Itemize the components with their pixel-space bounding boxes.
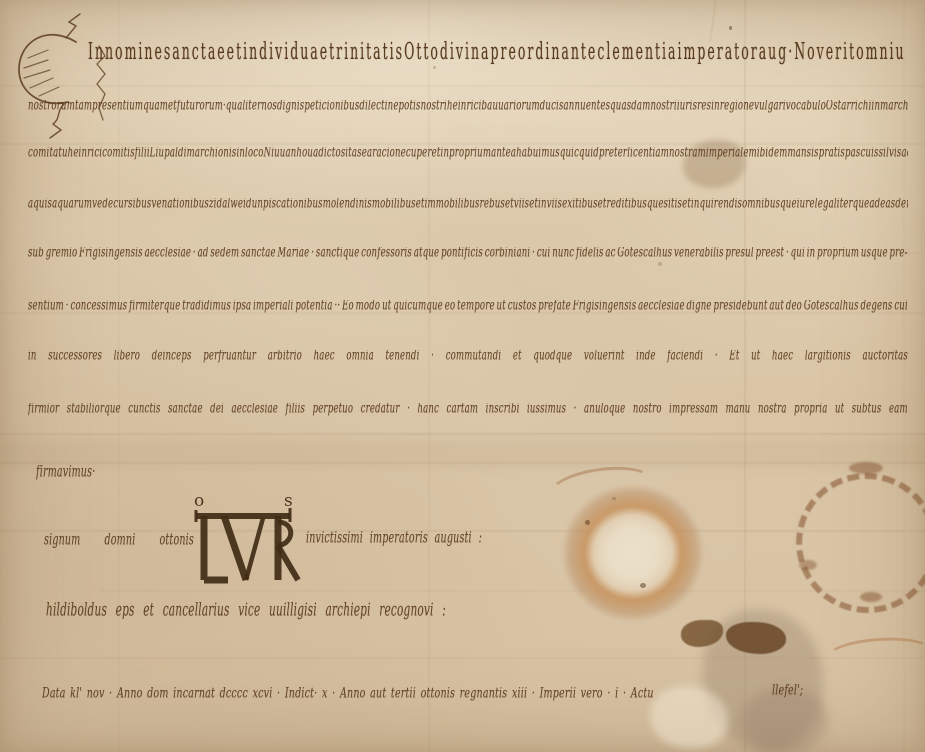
word: confessoris — [361, 247, 412, 271]
word: nostra — [758, 403, 787, 427]
word: et — [529, 198, 538, 222]
word: comitatu — [28, 147, 68, 171]
dateline-part1: Datakl'nov·Annodomincarnatdccccxcvi·Indi… — [42, 687, 654, 708]
word: et — [143, 602, 154, 629]
word: individuae — [243, 40, 329, 89]
word: dcccc — [220, 687, 248, 708]
word: reditibus — [607, 198, 647, 222]
word: fidelis — [576, 247, 604, 271]
word: invictissimi — [306, 531, 363, 555]
word: in — [711, 100, 720, 124]
word: aut — [370, 687, 386, 708]
word: · — [66, 300, 69, 324]
word: imperiali — [253, 300, 293, 324]
word: imperatoris — [370, 531, 428, 555]
word: hanc — [417, 403, 439, 427]
word: nov — [87, 687, 105, 708]
dateline-part2: llefel'; — [772, 684, 844, 705]
word: eo — [445, 300, 456, 324]
word: presentium — [92, 100, 143, 124]
word: vero — [581, 687, 603, 708]
word: exitibus — [562, 198, 598, 222]
seal-speck — [640, 583, 646, 588]
word: faciendi — [667, 350, 703, 374]
word: imperator — [678, 40, 759, 89]
word: · — [715, 350, 718, 374]
word: in — [28, 350, 37, 374]
word: mansis — [787, 147, 818, 171]
word: filii — [135, 147, 150, 171]
word: · — [532, 247, 535, 271]
body-line: sentium·concessimusfirmiterquetradidimus… — [28, 300, 908, 324]
word: ottonis — [421, 687, 456, 708]
word: pascuis — [845, 147, 879, 171]
word: Gotescalhus — [617, 247, 672, 271]
word: Eo — [342, 300, 354, 324]
invocation-line: InnominesanctaeetindividuaetrinitatisOtt… — [88, 40, 906, 89]
word: aug — [759, 40, 789, 89]
word: inviis — [538, 198, 562, 222]
word: nostri — [650, 100, 676, 124]
word: modo — [356, 300, 381, 324]
word: degens — [860, 300, 892, 324]
word: imperialem — [706, 147, 757, 171]
word: res — [697, 100, 711, 124]
word: et — [227, 40, 243, 89]
word: Otto — [404, 40, 440, 89]
word: racione — [372, 147, 406, 171]
word: vocabulo — [786, 100, 826, 124]
word: mobilibus — [372, 198, 416, 222]
word: aecclesiae — [638, 300, 685, 324]
word: sanctique — [316, 247, 360, 271]
word: ipsa — [233, 300, 251, 324]
word: presidebunt — [713, 300, 767, 324]
word: peticionibus — [304, 100, 359, 124]
word: tam — [75, 100, 92, 124]
word: clementia — [597, 40, 677, 89]
word: nostram — [669, 147, 706, 171]
ring-stain-blob — [799, 560, 817, 570]
word: ut — [751, 350, 760, 374]
word: ducis — [540, 100, 564, 124]
word: sanctae — [164, 40, 227, 89]
word: · — [92, 465, 95, 489]
word: quam — [143, 100, 168, 124]
word: iuris — [677, 100, 697, 124]
word: subtus — [852, 403, 882, 427]
rust-squiggle — [825, 634, 925, 673]
word: dignis — [277, 100, 304, 124]
word: in — [872, 100, 881, 124]
body-line: aquisaquarumvedecursibusvenationibuszida… — [28, 198, 908, 222]
word: archiepi — [325, 602, 370, 629]
word: pontificis — [441, 247, 483, 271]
word: regnantis — [460, 687, 508, 708]
word: quicumque — [393, 300, 443, 324]
speck — [729, 26, 732, 30]
word: potentia — [295, 300, 332, 324]
word: decursibus — [102, 198, 151, 222]
word: regione — [720, 100, 754, 124]
word: recognovi — [379, 602, 433, 629]
word: · — [431, 350, 434, 374]
pale-patch — [650, 686, 728, 748]
word: aedificiis — [901, 147, 908, 171]
word: aecclesiae — [145, 247, 192, 271]
word: stabiliorque — [67, 403, 121, 427]
word: iussimus — [527, 403, 566, 427]
word: licentiam — [627, 147, 669, 171]
word: in — [236, 147, 245, 171]
word: uuilligisi — [269, 602, 317, 629]
word: quasdam — [610, 100, 650, 124]
word: xiii — [512, 687, 527, 708]
word: commutandi — [446, 350, 502, 374]
word: nepotis — [388, 100, 421, 124]
ring-stain-blob — [860, 592, 882, 602]
word: : — [442, 602, 446, 629]
word: tradidimus — [182, 300, 231, 324]
word: · — [277, 687, 280, 708]
word: dei — [210, 403, 224, 427]
word: eam — [889, 403, 908, 427]
body-line: subgremioFrigisingensisaecclesiae·adsede… — [28, 247, 908, 271]
word: aquarumve — [52, 198, 102, 222]
word: ac — [605, 247, 615, 271]
word: sanctae — [168, 403, 203, 427]
word: marchionis — [187, 147, 237, 171]
word: Ostarrichi — [826, 100, 872, 124]
fold-crease — [709, 0, 716, 42]
word: Anno — [117, 687, 143, 708]
word: et — [505, 198, 514, 222]
body-line: insuccessoresliberodeincepsperfruanturar… — [28, 350, 908, 374]
word: credatur — [361, 403, 400, 427]
word: propria — [794, 403, 827, 427]
word: dilecti — [359, 100, 387, 124]
word: cancellarius — [163, 602, 230, 629]
word: vice — [238, 602, 260, 629]
word: piscationibus — [263, 198, 323, 222]
word: futurorum — [177, 100, 223, 124]
word: firmiterque — [129, 300, 180, 324]
word: aquis — [28, 198, 52, 222]
word: firmavimus — [36, 465, 92, 489]
fold-crease — [0, 433, 925, 435]
word: Frigisingensis — [573, 300, 637, 324]
word: largitionis — [805, 350, 851, 374]
word: sitas — [341, 147, 362, 171]
word: legaliterque — [815, 198, 870, 222]
monogram-letter-o: o — [194, 492, 204, 511]
word: Actu — [631, 687, 654, 708]
word: lle — [772, 684, 784, 705]
word: ad — [198, 247, 209, 271]
word: inscribi — [486, 403, 520, 427]
word: iure — [797, 198, 815, 222]
word: dicto — [318, 147, 340, 171]
word: qualiter — [226, 100, 262, 124]
word: libero — [114, 350, 140, 374]
water-stain — [703, 610, 823, 752]
word: Frigisingensis — [79, 247, 143, 271]
word: usque — [861, 247, 888, 271]
word: Gotescalhus — [804, 300, 859, 324]
word: et — [598, 198, 607, 222]
word: et — [416, 198, 425, 222]
word: perfruantur — [203, 350, 256, 374]
word: qui — [791, 247, 805, 271]
word: tenendi — [386, 350, 420, 374]
seal-stain — [555, 478, 711, 628]
body-line: nostrorumtampresentiumquametfuturorum·qu… — [28, 100, 908, 124]
word: rebus — [480, 198, 505, 222]
word: corbiniani — [485, 247, 531, 271]
word: · — [786, 247, 789, 271]
word: comitis — [102, 147, 135, 171]
word: omnia — [346, 350, 373, 374]
word: ea — [362, 147, 373, 171]
word: eps — [116, 602, 135, 629]
word: pre- — [890, 247, 908, 271]
word: preordinante — [490, 40, 597, 89]
word: · — [193, 247, 196, 271]
word: aut — [769, 300, 784, 324]
dark-blot — [726, 622, 786, 654]
word: deinceps — [152, 350, 192, 374]
word: tertii — [391, 687, 416, 708]
word: proprium — [449, 147, 491, 171]
word: digne — [687, 300, 712, 324]
word: proprium — [817, 247, 859, 271]
fold-shadow-band — [0, 440, 925, 468]
word: et — [513, 350, 522, 374]
word: et — [168, 100, 177, 124]
word: loco — [245, 147, 264, 171]
dark-blot — [681, 620, 723, 647]
word: signum — [44, 533, 80, 557]
recognition-line: hildiboldusepsetcancellariusviceuuilligi… — [46, 602, 446, 629]
word: incarnat — [173, 687, 215, 708]
word: · — [407, 403, 410, 427]
word: · — [607, 687, 610, 708]
word: preest — [756, 247, 785, 271]
seal-speck — [612, 497, 616, 500]
word: ibidem — [757, 147, 788, 171]
word: cunctis — [128, 403, 160, 427]
word: zidalweidun — [209, 198, 263, 222]
word: xcvi — [253, 687, 273, 708]
word: omnibusque — [742, 198, 797, 222]
word: gremio — [46, 247, 78, 271]
fold-crease — [0, 462, 925, 464]
word: x — [322, 687, 328, 708]
word: divina — [440, 40, 491, 89]
monogram-letter-s: s — [284, 492, 293, 511]
word: silvis — [879, 147, 902, 171]
word: heinrici — [68, 147, 103, 171]
word: pratis — [819, 147, 845, 171]
word: et — [432, 147, 441, 171]
otto-monogram: o s — [186, 492, 304, 592]
word: sedem — [210, 247, 239, 271]
word: custos — [508, 300, 537, 324]
word: nunc — [552, 247, 574, 271]
word: prefate — [538, 300, 571, 324]
word: in — [441, 147, 450, 171]
word: quicquid — [560, 147, 599, 171]
word: haec — [772, 350, 793, 374]
word: augusti — [435, 531, 472, 555]
body-line: comitatuheinricicomitisfiliiLiupaldimarc… — [28, 147, 908, 171]
word: Niuuanhoua — [264, 147, 319, 171]
fold-crease — [0, 657, 925, 659]
word: hildiboldus — [46, 602, 107, 629]
word: Mariae — [278, 247, 310, 271]
word: nos — [261, 100, 277, 124]
word: nostrorum — [28, 100, 75, 124]
word: easdem — [880, 198, 908, 222]
word: ut — [835, 403, 844, 427]
seal-speck — [585, 520, 590, 525]
word: venerabilis — [674, 247, 724, 271]
word: viis — [514, 198, 529, 222]
word: impressam — [669, 403, 718, 427]
word: ut — [382, 300, 391, 324]
word: · — [311, 247, 314, 271]
word: anuloque — [584, 403, 625, 427]
word: heinrici — [447, 100, 482, 124]
word: cuper — [406, 147, 432, 171]
word: venationibus — [152, 198, 210, 222]
word: Anno — [340, 687, 366, 708]
word: haec — [314, 350, 335, 374]
word: sanctae — [241, 247, 276, 271]
word: auctoritas — [862, 350, 907, 374]
word: quesitis — [647, 198, 682, 222]
word: Noverit — [794, 40, 856, 89]
word: annuentes — [564, 100, 611, 124]
body-line-final-word: firmavimus· — [36, 465, 196, 489]
parchment-charter: InnominesanctaeetindividuaetrinitatisOtt… — [0, 0, 925, 752]
word: vulgari — [754, 100, 786, 124]
fold-crease — [0, 143, 925, 145]
word: Indict· — [285, 687, 318, 708]
word: Data — [42, 687, 66, 708]
ring-stain-blob — [849, 462, 883, 474]
word: i — [615, 687, 618, 708]
word: omnium — [856, 40, 906, 89]
word: presul — [725, 247, 753, 271]
signature-prefix: signumdomniottonis — [44, 533, 194, 557]
word: In — [88, 40, 105, 89]
word: bauuariorum — [482, 100, 540, 124]
word: concessimus — [71, 300, 128, 324]
word: cui — [894, 300, 908, 324]
word: deo — [786, 300, 802, 324]
word: · — [109, 687, 112, 708]
word: nostro — [633, 403, 662, 427]
word: nostri — [421, 100, 447, 124]
seal-halo-arc — [546, 461, 657, 515]
word: immobilibus — [425, 198, 480, 222]
word: inquirendis — [691, 198, 742, 222]
word: domni — [104, 533, 135, 557]
word: voluerint — [584, 350, 625, 374]
word: Et — [729, 350, 739, 374]
word: habuimus — [516, 147, 560, 171]
word: · — [532, 687, 535, 708]
word: in — [807, 247, 816, 271]
word: antea — [491, 147, 516, 171]
word: firmior — [28, 403, 59, 427]
word: kl' — [70, 687, 82, 708]
body-line: firmiorstabiliorquecunctissanctaedeiaecc… — [28, 403, 908, 427]
word: nomine — [105, 40, 164, 89]
word: tempore — [457, 300, 495, 324]
word: filiis — [285, 403, 305, 427]
word: manu — [726, 403, 751, 427]
word: marcha — [880, 100, 908, 124]
word: ·· — [334, 300, 340, 324]
word: · — [623, 687, 626, 708]
word: cartam — [447, 403, 479, 427]
word: sentium — [28, 300, 64, 324]
word: ; — [800, 684, 803, 705]
word: trinitatis — [329, 40, 404, 89]
word: molendinis — [323, 198, 372, 222]
word: : — [479, 531, 482, 555]
word: ad — [869, 198, 880, 222]
word: arbitrio — [268, 350, 302, 374]
word: preter — [599, 147, 627, 171]
word: cui — [537, 247, 551, 271]
word: perpetuo — [313, 403, 354, 427]
word: quodque — [533, 350, 572, 374]
word: · — [574, 403, 577, 427]
word: ut — [497, 300, 506, 324]
signature-suffix: invictissimiimperatorisaugusti: — [306, 531, 482, 555]
word: Liupaldi — [150, 147, 187, 171]
word: sub — [28, 247, 44, 271]
word: dom — [147, 687, 168, 708]
word: · — [332, 687, 335, 708]
word: et — [682, 198, 691, 222]
word: aecclesiae — [231, 403, 278, 427]
word: successores — [48, 350, 102, 374]
word: fel' — [784, 684, 800, 705]
word: inde — [636, 350, 655, 374]
word: Imperii — [540, 687, 576, 708]
word: atque — [414, 247, 439, 271]
